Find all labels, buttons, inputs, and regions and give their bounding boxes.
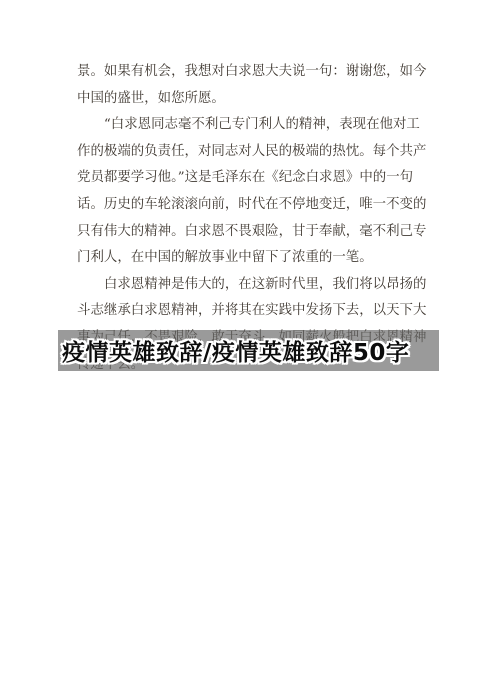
paragraph: “白求恩同志毫不利己专门利人的精神，表现在他对工 作的极端的负责任，对同志对人民… xyxy=(77,112,429,272)
text-line: 中国的盛世，如您所愿。 xyxy=(77,86,429,113)
text-line: “白求恩同志毫不利己专门利人的精神，表现在他对工 xyxy=(77,112,429,139)
text-line: 话。历史的车轮滚滚向前，时代在不停地变迁，唯一不变的 xyxy=(77,192,429,219)
title-overlay-strip: 疫情英雄致辞/疫情英雄致辞50字 xyxy=(58,330,439,371)
text-line: 作的极端的负责任，对同志对人民的极端的热忱。每个共产 xyxy=(77,139,429,166)
document-page: 景。如果有机会，我想对白求恩大夫说一句：谢谢您，如今 中国的盛世，如您所愿。 “… xyxy=(0,0,500,696)
text-line: 只有伟大的精神。白求恩不畏艰险，甘于奉献，毫不利己专 xyxy=(77,219,429,246)
text-line: 党员都要学习他。”这是毛泽东在《纪念白求恩》中的一句 xyxy=(77,165,429,192)
text-line: 白求恩精神是伟大的，在这新时代里，我们将以昂扬的 xyxy=(77,272,429,299)
text-line: 门利人，在中国的解放事业中留下了浓重的一笔。 xyxy=(77,245,429,272)
text-line: 景。如果有机会，我想对白求恩大夫说一句：谢谢您，如今 xyxy=(77,59,429,86)
text-line: 斗志继承白求恩精神，并将其在实践中发扬下去，以天下大 xyxy=(77,298,429,325)
overlay-title-text: 疫情英雄致辞/疫情英雄致辞50字 xyxy=(58,334,409,367)
paragraph: 景。如果有机会，我想对白求恩大夫说一句：谢谢您，如今 中国的盛世，如您所愿。 xyxy=(77,59,429,112)
